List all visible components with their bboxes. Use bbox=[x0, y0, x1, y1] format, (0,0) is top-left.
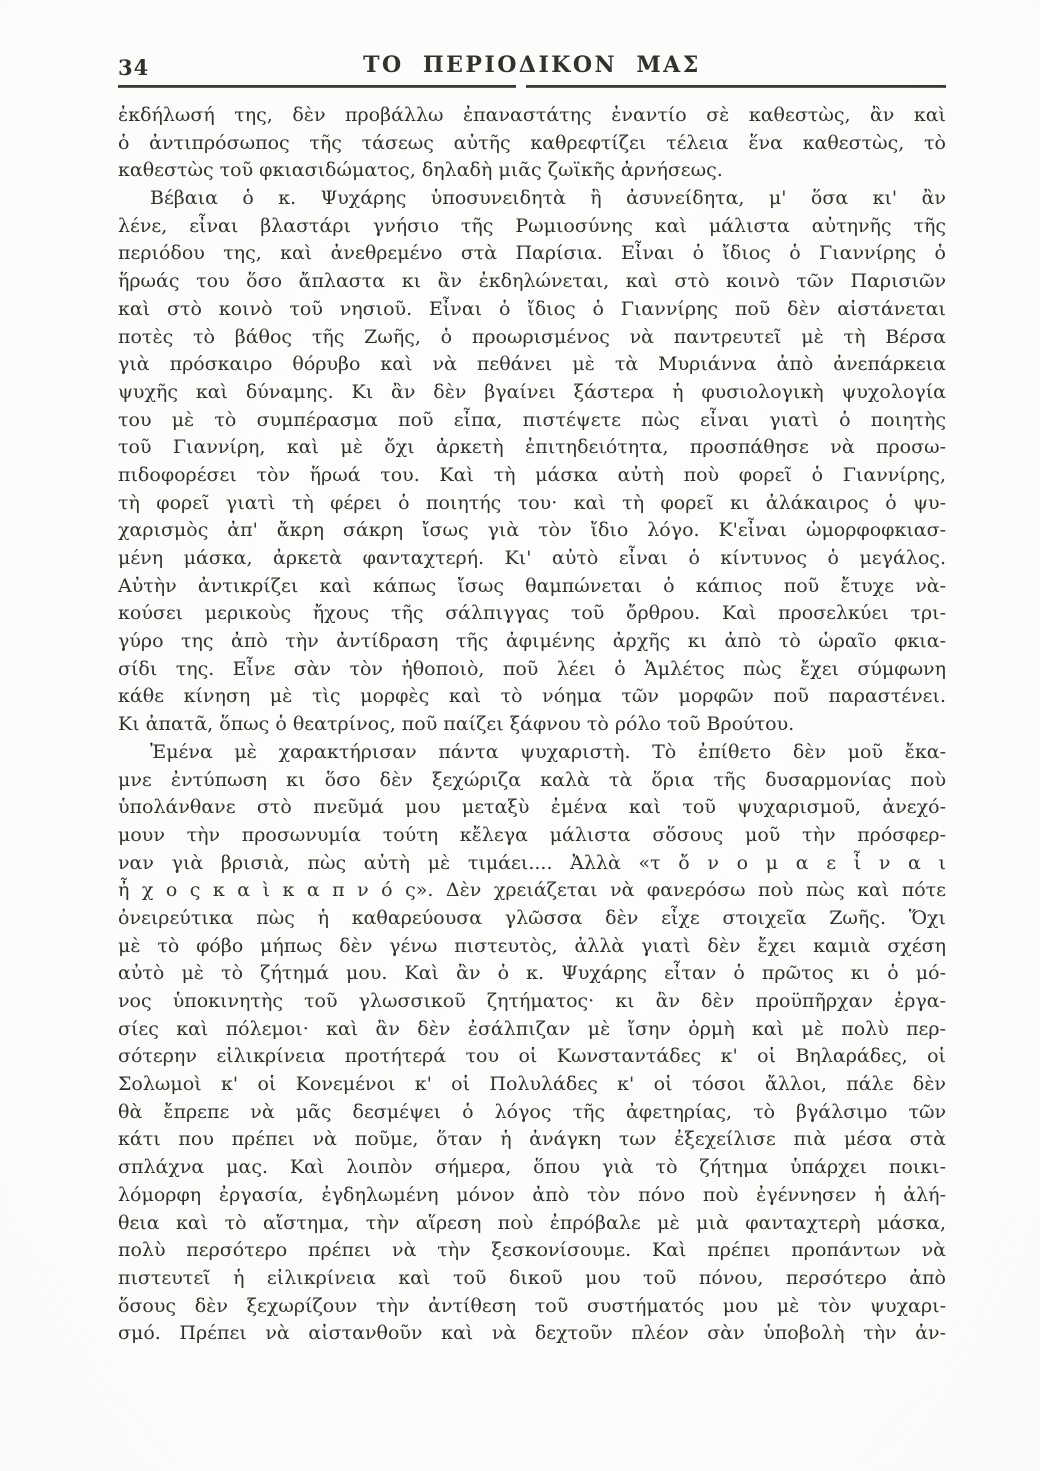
text-line: καθεστὼς τοῦ φκιασιδώματος, δηλαδὴ μιᾶς … bbox=[118, 157, 946, 185]
header-rule bbox=[118, 85, 946, 90]
text-line: θὰ ἔπρεπε νὰ μᾶς δεσμέψει ὁ λόγος τῆς ἀφ… bbox=[118, 1099, 946, 1127]
text-line: αὐτὸ μὲ τὸ ζήτημά μου. Καὶ ἂν ὁ κ. Ψυχάρ… bbox=[118, 960, 946, 988]
text-line: περιόδου της, καὶ ἀνεθρεμένο στὰ Παρίσια… bbox=[118, 240, 946, 268]
text-line: Ἐμένα μὲ χαρακτήρισαν πάντα ψυχαριστὴ. Τ… bbox=[118, 739, 946, 767]
text-line: ὀνειρεύτικα πὼς ἡ καθαρεύουσα γλῶσσα δὲν… bbox=[118, 905, 946, 933]
text-line: πολὺ περσότερο πρέπει νὰ τὴν ξεσκονίσουμ… bbox=[118, 1237, 946, 1265]
text-line: θεια καὶ τὸ αἴστημα, τὴν αἵρεση ποὺ ἐπρό… bbox=[118, 1210, 946, 1238]
text-line: Κι ἀπατᾶ, ὅπως ὁ θεατρίνος, ποῦ παίζει ξ… bbox=[118, 711, 946, 739]
text-line: κάθε κίνηση μὲ τὶς μορφὲς καὶ τὸ νόημα τ… bbox=[118, 683, 946, 711]
header-title: ΤΟ ΠΕΡΙΟΔΙΚΟΝ ΜΑΣ bbox=[118, 52, 946, 78]
text-line: μνε ἐντύπωση κι ὅσο δὲν ξεχώριζα καλὰ τὰ… bbox=[118, 767, 946, 795]
text-block: ἐκδήλωσή της, δὲν προβάλλω ἐπαναστάτης ἐ… bbox=[118, 102, 946, 1348]
scanned-book-page: 34 ΤΟ ΠΕΡΙΟΔΙΚΟΝ ΜΑΣ ἐκδήλωσή της, δὲν π… bbox=[0, 0, 1040, 1471]
text-line: ἥρωάς του ὅσο ἄπλαστα κι ἂν ἐκδηλώνεται,… bbox=[118, 268, 946, 296]
text-line: γύρο της ἀπὸ τὴν ἀντίδραση τῆς ἀφιμένης … bbox=[118, 628, 946, 656]
text-line: λένε, εἶναι βλαστάρι γνήσιο τῆς Ρωμιοσύν… bbox=[118, 213, 946, 241]
text-line: ποτὲς τὸ βάθος τῆς Ζωῆς, ὁ προωρισμένος … bbox=[118, 324, 946, 352]
text-line: σπλάχνα μας. Καὶ λοιπὸν σήμερα, ὅπου γιὰ… bbox=[118, 1154, 946, 1182]
text-line: τοῦ Γιαννίρη, καὶ μὲ ὄχι ἀρκετὴ ἐπιτηδει… bbox=[118, 434, 946, 462]
page-header: 34 ΤΟ ΠΕΡΙΟΔΙΚΟΝ ΜΑΣ bbox=[118, 52, 946, 82]
text-line: ὑπολάνθανε στὸ πνεῦμά μου μεταξὺ ἐμένα κ… bbox=[118, 794, 946, 822]
text-line: ὁ ἀντιπρόσωπος τῆς τάσεως αὐτῆς καθρεφτί… bbox=[118, 130, 946, 158]
text-line: μὲ τὸ φόβο μήπως δὲν γένω πιστευτὸς, ἀλλ… bbox=[118, 933, 946, 961]
text-line: Σολωμοὶ κ' οἱ Κονεμένοι κ' οἱ Πολυλάδες … bbox=[118, 1071, 946, 1099]
text-line: σμό. Πρέπει νὰ αἰστανθοῦν καὶ νὰ δεχτοῦν… bbox=[118, 1320, 946, 1348]
text-line: σίες καὶ πόλεμοι· καὶ ἂν δὲν ἐσάλπιζαν μ… bbox=[118, 1016, 946, 1044]
text-line: μουν τὴν προσωνυμία τούτη κἔλεγα μάλιστα… bbox=[118, 822, 946, 850]
text-line: μένη μάσκα, ἀρκετὰ φανταχτερή. Κι' αὐτὸ … bbox=[118, 545, 946, 573]
text-line: ἦ χ ο ς κ α ὶ κ α π ν ό ς». Δὲν χρειάζετ… bbox=[118, 877, 946, 905]
text-line: του μὲ τὸ συμπέρασμα ποῦ εἶπα, πιστέψετε… bbox=[118, 407, 946, 435]
text-line: κάτι που πρέπει νὰ ποῦμε, ὅταν ἡ ἀνάγκη … bbox=[118, 1126, 946, 1154]
text-line: ὅσους δὲν ξεχωρίζουν τὴν ἀντίθεση τοῦ συ… bbox=[118, 1293, 946, 1321]
text-line: γιὰ πρόσκαιρο θόρυβο καὶ νὰ πεθάνει μὲ τ… bbox=[118, 351, 946, 379]
text-line: λόμορφη ἐργασία, ἐγδηλωμένη μόνον ἀπὸ τὸ… bbox=[118, 1182, 946, 1210]
text-line: χαρισμὸς ἀπ' ἄκρη σάκρη ἴσως γιὰ τὸν ἴδι… bbox=[118, 517, 946, 545]
text-line: ἐκδήλωσή της, δὲν προβάλλω ἐπαναστάτης ἐ… bbox=[118, 102, 946, 130]
text-line: σότερην εἰλικρίνεια προτήτερά του οἱ Κων… bbox=[118, 1043, 946, 1071]
header-rule-left-segment bbox=[118, 85, 516, 88]
text-line: κούσει μερικοὺς ἤχους τῆς σάλπιγγας τοῦ … bbox=[118, 600, 946, 628]
text-line: τὴ φορεῖ γιατὶ τὴ φέρει ὁ ποιητής του· κ… bbox=[118, 490, 946, 518]
text-line: Βέβαια ὁ κ. Ψυχάρης ὑποσυνειδητὰ ἢ ἀσυνε… bbox=[118, 185, 946, 213]
text-line: πιστευτεῖ ἡ εἰλικρίνεια καὶ τοῦ δικοῦ μο… bbox=[118, 1265, 946, 1293]
text-line: καὶ στὸ κοινὸ τοῦ νησιοῦ. Εἶναι ὁ ἴδιος … bbox=[118, 296, 946, 324]
text-line: νος ὑποκινητὴς τοῦ γλωσσικοῦ ζητήματος· … bbox=[118, 988, 946, 1016]
text-line: σίδι της. Εἶνε σὰν τὸν ἠθοποιὸ, ποῦ λέει… bbox=[118, 656, 946, 684]
text-line: ναν γιὰ βρισιὰ, πὼς αὐτὴ μὲ τιμάει.... Ἀ… bbox=[118, 850, 946, 878]
header-rule-right-segment bbox=[526, 85, 946, 88]
text-line: ψυχῆς καὶ δύναμης. Κι ἂν δὲν βγαίνει ξάσ… bbox=[118, 379, 946, 407]
text-line: πιδοφορέσει τὸν ἥρωά του. Καὶ τὴ μάσκα α… bbox=[118, 462, 946, 490]
text-line: Αὐτὴν ἀντικρίζει καὶ κάπως ἴσως θαμπώνετ… bbox=[118, 573, 946, 601]
